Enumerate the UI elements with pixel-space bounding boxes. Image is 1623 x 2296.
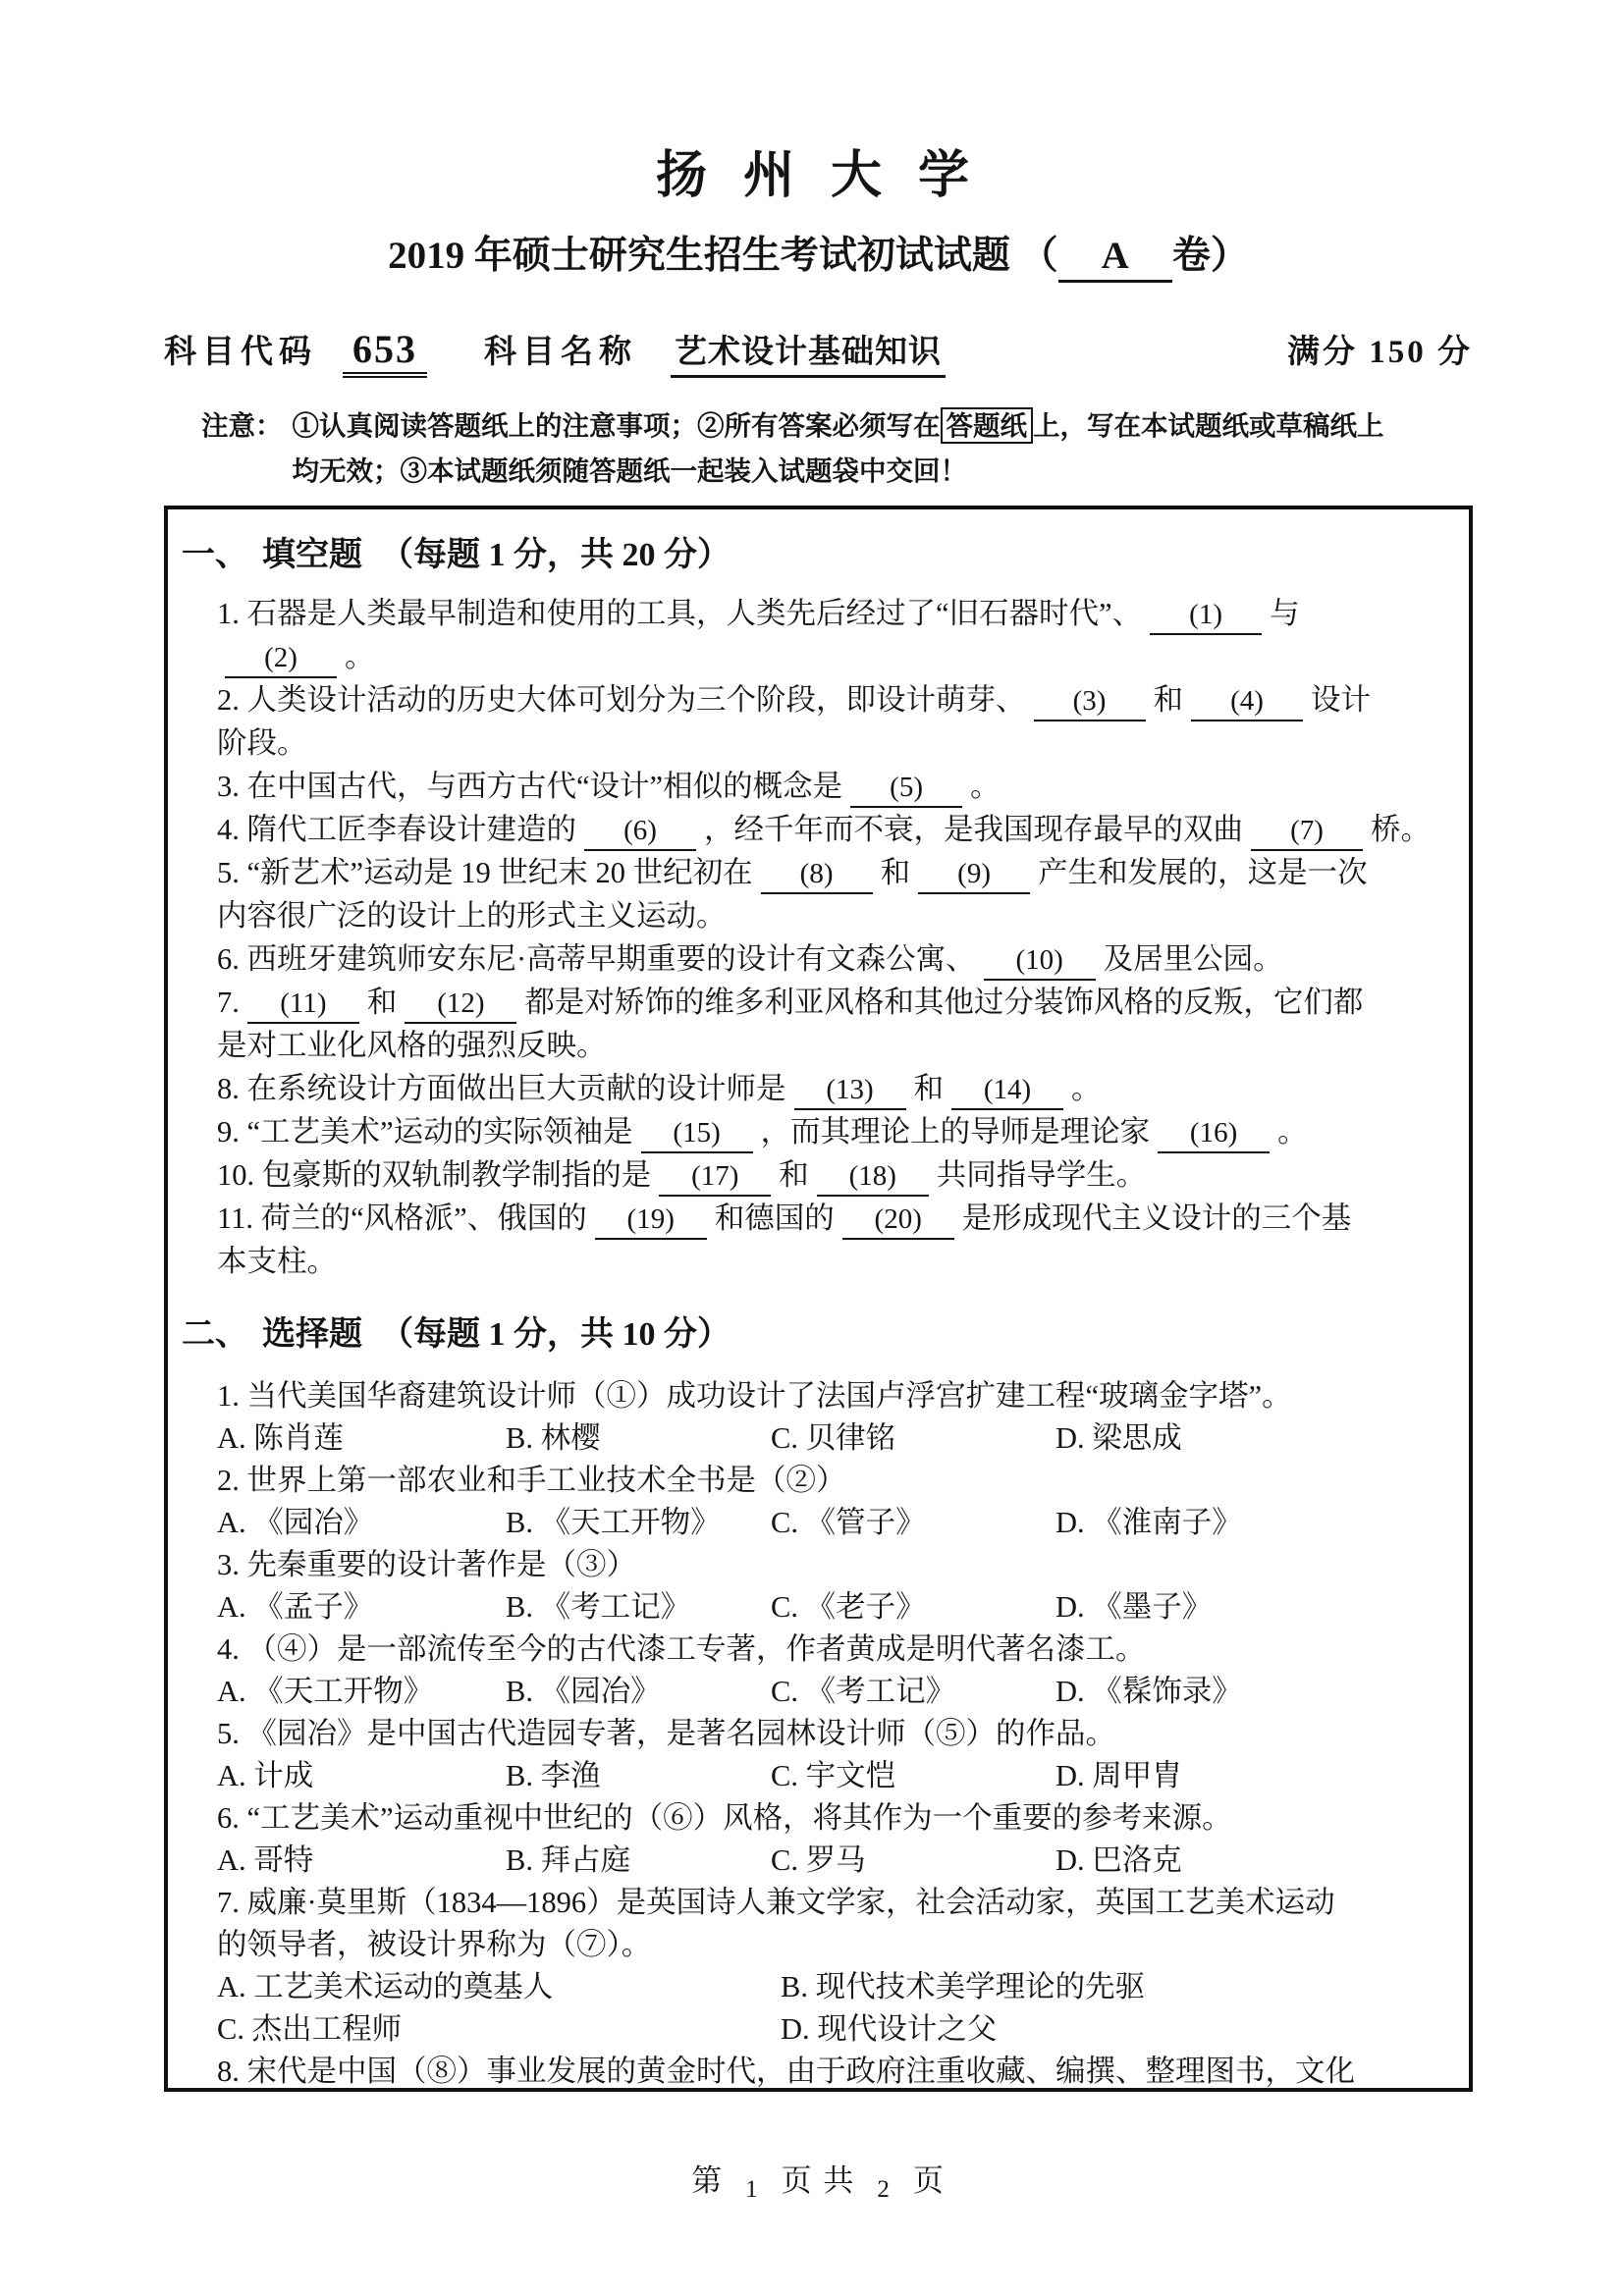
- page-sheet: 扬 州 大 学 2019 年硕士研究生招生考试初试试题 （A卷） 科目代码 65…: [164, 0, 1473, 2092]
- text-segment: 11. 荷兰的“风格派”、俄国的: [217, 1201, 587, 1235]
- fill-item-line: 2. 人类设计活动的历史大体可划分为三个阶段，即设计萌芽、(3)和(4)设计: [217, 678, 1455, 721]
- choice-option: A. 计成: [217, 1755, 506, 1797]
- choice-option: D. 《髹饰录》: [1055, 1671, 1242, 1713]
- blank-underline: (8): [761, 853, 873, 894]
- exam-subtitle: 2019 年硕士研究生招生考试初试试题 （A卷）: [164, 225, 1473, 283]
- choice-heading-note: （每题 1 分，共 10 分）: [380, 1316, 730, 1353]
- text-segment: 和德国的: [715, 1201, 835, 1235]
- blank-underline: (11): [247, 983, 359, 1024]
- blank-underline: (15): [641, 1112, 753, 1153]
- question-stem: 4. （④）是一部流传至今的古代漆工专著，作者黄成是明代著名漆工。: [217, 1629, 1455, 1671]
- text-segment: 内容很广泛的设计上的形式主义运动。: [217, 899, 727, 933]
- options-row: A. 《园冶》B. 《天工开物》C. 《管子》D. 《淮南子》: [217, 1502, 1455, 1544]
- fill-item-line: 6. 西班牙建筑师安东尼·高蒂早期重要的设计有文森公寓、(10)及居里公园。: [217, 937, 1455, 981]
- choice-option: B. 《考工记》: [506, 1586, 771, 1629]
- text-segment: 桥。: [1371, 813, 1431, 846]
- blank-underline: (19): [595, 1199, 707, 1240]
- subject-name-label: 科目名称: [484, 326, 637, 372]
- choice-option: A. 工艺美术运动的奠基人: [217, 1966, 781, 2008]
- choice-option: D. 《墨子》: [1055, 1586, 1212, 1629]
- fill-section-heading: 一、填空题（每题 1 分，共 20 分）: [182, 531, 1455, 580]
- text-segment: 5. “新艺术”运动是 19 世纪末 20 世纪初在: [217, 856, 753, 889]
- subject-code-label: 科目代码: [164, 326, 317, 372]
- choice-option: A. 哥特: [217, 1840, 506, 1882]
- text-segment: 和: [914, 1072, 945, 1105]
- full-score: 满分 150 分: [1287, 326, 1473, 372]
- blank-underline: (18): [817, 1155, 929, 1197]
- choice-option: D. 梁思成: [1055, 1417, 1182, 1460]
- options-row: A. 陈肖莲B. 林樱C. 贝律铭D. 梁思成: [217, 1417, 1455, 1460]
- choice-option: A. 《天工开物》: [217, 1671, 506, 1713]
- choice-option: A. 《园冶》: [217, 1502, 506, 1544]
- fill-item-line: 7.(11)和(12)都是对矫饰的维多利亚风格和其他过分装饰风格的反叛，它们都: [217, 981, 1455, 1024]
- blank-underline: (10): [984, 939, 1096, 981]
- blank-underline: (5): [850, 767, 962, 808]
- text-segment: 10. 包豪斯的双轨制教学制指的是: [217, 1158, 651, 1192]
- text-segment: 和: [779, 1158, 809, 1192]
- choice-option: D. 现代设计之父: [781, 2008, 997, 2051]
- fill-heading-note: （每题 1 分，共 20 分）: [380, 537, 730, 573]
- text-segment: 4. 隋代工匠李春设计建造的: [217, 813, 576, 846]
- choice-option: C. 宇文恺: [771, 1755, 1055, 1797]
- notice-line-1-post: 上，写在本试题纸或草稿纸上: [1033, 410, 1384, 441]
- choice-option: C. 罗马: [771, 1840, 1055, 1882]
- fill-item-line: 5. “新艺术”运动是 19 世纪末 20 世纪初在(8)和(9)产生和发展的，…: [217, 851, 1455, 894]
- paren-close: 卷）: [1172, 235, 1249, 277]
- options-row: A. 《孟子》B. 《考工记》C. 《老子》D. 《墨子》: [217, 1586, 1455, 1629]
- choice-option: A. 《孟子》: [217, 1586, 506, 1629]
- text-segment: 阶段。: [217, 726, 307, 760]
- notice-body: ①认真阅读答题纸上的注意事项；②所有答案必须写在答题纸上，写在本试题纸或草稿纸上…: [293, 403, 1384, 494]
- blank-underline: (13): [794, 1069, 906, 1110]
- question-stem: 8. 宋代是中国（⑧）事业发展的黄金时代，由于政府注重收藏、编撰、整理图书，文化: [217, 2051, 1455, 2093]
- blank-underline: (17): [659, 1155, 771, 1197]
- question-stem: 6. “工艺美术”运动重视中世纪的（⑥）风格，将其作为一个重要的参考来源。: [217, 1797, 1455, 1840]
- choice-option: D. 周甲胄: [1055, 1755, 1182, 1797]
- page-footer: 第1页 共2页: [164, 2156, 1473, 2200]
- blank-underline: (2): [225, 637, 337, 678]
- blank-underline: (3): [1034, 680, 1146, 721]
- text-segment: 7.: [217, 986, 240, 1019]
- text-segment: 及居里公园。: [1104, 942, 1283, 976]
- choice-option: B. 现代技术美学理论的先驱: [781, 1966, 1145, 2008]
- blank-underline: (6): [584, 810, 696, 851]
- text-segment: 是形成现代主义设计的三个基: [962, 1201, 1352, 1235]
- choice-questions: 1. 当代美国华裔建筑设计师（①）成功设计了法国卢浮宫扩建工程“玻璃金字塔”。A…: [180, 1375, 1455, 2093]
- text-segment: 。: [970, 770, 1001, 803]
- blank-underline: (7): [1251, 810, 1363, 851]
- notice-line-1-pre: ①认真阅读答题纸上的注意事项；②所有答案必须写在: [293, 410, 941, 441]
- fill-item-line: 9. “工艺美术”运动的实际领袖是(15)，而其理论上的导师是理论家(16)。: [217, 1110, 1455, 1153]
- choice-option: B. 《园冶》: [506, 1671, 771, 1713]
- footer-prefix: 第: [691, 2163, 724, 2198]
- choice-option: C. 《管子》: [771, 1502, 1055, 1544]
- question-stem: 2. 世界上第一部农业和手工业技术全书是（②）: [217, 1460, 1455, 1502]
- fill-items: 1. 石器是人类最早制造和使用的工具，人类先后经过了“旧石器时代”、(1)与(2…: [180, 592, 1455, 1283]
- question-box: 一、填空题（每题 1 分，共 20 分） 1. 石器是人类最早制造和使用的工具，…: [164, 506, 1473, 2092]
- options-row: C. 杰出工程师D. 现代设计之父: [217, 2008, 1455, 2051]
- text-segment: 9. “工艺美术”运动的实际领袖是: [217, 1115, 633, 1148]
- fill-item-line: 阶段。: [217, 721, 1455, 765]
- fill-item-line: 内容很广泛的设计上的形式主义运动。: [217, 894, 1455, 937]
- choice-option: B. 李渔: [506, 1755, 771, 1797]
- notice: 注意： ①认真阅读答题纸上的注意事项；②所有答案必须写在答题纸上，写在本试题纸或…: [201, 403, 1473, 494]
- exam-subtitle-text: 2019 年硕士研究生招生考试初试试题: [388, 235, 1010, 277]
- notice-line-1: ①认真阅读答题纸上的注意事项；②所有答案必须写在答题纸上，写在本试题纸或草稿纸上: [293, 403, 1384, 449]
- fill-item-line: 1. 石器是人类最早制造和使用的工具，人类先后经过了“旧石器时代”、(1)与: [217, 592, 1455, 635]
- options-row: A. 《天工开物》B. 《园冶》C. 《考工记》D. 《髹饰录》: [217, 1671, 1455, 1713]
- choice-option: B. 《天工开物》: [506, 1502, 771, 1544]
- university-title: 扬 州 大 学: [164, 133, 1473, 207]
- text-segment: 共同指导学生。: [937, 1158, 1147, 1192]
- choice-section-heading: 二、选择题（每题 1 分，共 10 分）: [182, 1310, 1455, 1360]
- blank-underline: (20): [842, 1199, 954, 1240]
- choice-option: C. 贝律铭: [771, 1417, 1055, 1460]
- fill-item-line: (2)。: [217, 635, 1455, 678]
- text-segment: 产生和发展的，这是一次: [1038, 856, 1368, 889]
- text-segment: 本支柱。: [217, 1245, 337, 1278]
- choice-option: C. 杰出工程师: [217, 2008, 781, 2051]
- footer-page-num: 1: [745, 2176, 760, 2203]
- choice-option: D. 《淮南子》: [1055, 1502, 1242, 1544]
- choice-option: B. 林樱: [506, 1417, 771, 1460]
- notice-label: 注意：: [201, 403, 283, 494]
- fill-item-line: 本支柱。: [217, 1240, 1455, 1283]
- choice-heading-title: 选择题: [262, 1316, 362, 1353]
- fill-item-line: 8. 在系统设计方面做出巨大贡献的设计师是(13)和(14)。: [217, 1067, 1455, 1110]
- text-segment: ，而其理论上的导师是理论家: [761, 1115, 1151, 1148]
- question-stem: 的领导者，被设计界称为（⑦）。: [217, 1924, 1455, 1966]
- choice-option: C. 《考工记》: [771, 1671, 1055, 1713]
- fill-item-line: 是对工业化风格的强烈反映。: [217, 1024, 1455, 1067]
- fill-heading-num: 一、: [182, 537, 248, 573]
- choice-option: A. 陈肖莲: [217, 1417, 506, 1460]
- blank-underline: (14): [951, 1069, 1063, 1110]
- text-segment: 与: [1270, 597, 1300, 630]
- text-segment: 1. 石器是人类最早制造和使用的工具，人类先后经过了“旧石器时代”、: [217, 597, 1142, 630]
- text-segment: 和: [881, 856, 911, 889]
- fill-item-line: 10. 包豪斯的双轨制教学制指的是(17)和(18)共同指导学生。: [217, 1153, 1455, 1197]
- choice-option: B. 拜占庭: [506, 1840, 771, 1882]
- blank-underline: (1): [1150, 594, 1262, 635]
- subject-code-value: 653: [343, 326, 427, 378]
- fill-item-line: 3. 在中国古代，与西方古代“设计”相似的概念是(5)。: [217, 765, 1455, 808]
- text-segment: 。: [1277, 1115, 1308, 1148]
- subject-name-value: 艺术设计基础知识: [671, 326, 946, 378]
- text-segment: 3. 在中国古代，与西方古代“设计”相似的概念是: [217, 770, 842, 803]
- question-stem: 3. 先秦重要的设计著作是（③）: [217, 1544, 1455, 1586]
- blank-underline: (16): [1158, 1112, 1270, 1153]
- question-stem: 7. 威廉·莫里斯（1834—1896）是英国诗人兼文学家，社会活动家，英国工艺…: [217, 1882, 1455, 1924]
- question-stem: 1. 当代美国华裔建筑设计师（①）成功设计了法国卢浮宫扩建工程“玻璃金字塔”。: [217, 1375, 1455, 1417]
- text-segment: 和: [367, 986, 398, 1019]
- fill-item-line: 4. 隋代工匠李春设计建造的(6)，经千年而不衰，是我国现存最早的双曲(7)桥。: [217, 808, 1455, 851]
- question-stem: 5. 《园冶》是中国古代造园专著，是著名园林设计师（⑤）的作品。: [217, 1713, 1455, 1755]
- text-segment: 和: [1154, 683, 1184, 717]
- text-segment: 。: [1071, 1072, 1102, 1105]
- options-row: A. 工艺美术运动的奠基人B. 现代技术美学理论的先驱: [217, 1966, 1455, 2008]
- notice-line-2: 均无效；③本试题纸须随答题纸一起装入试题袋中交回！: [293, 449, 1384, 494]
- text-segment: 8. 在系统设计方面做出巨大贡献的设计师是: [217, 1072, 786, 1105]
- text-segment: 都是对矫饰的维多利亚风格和其他过分装饰风格的反叛，它们都: [524, 986, 1363, 1019]
- notice-boxed-term: 答题纸: [941, 407, 1034, 444]
- text-segment: ，经千年而不衰，是我国现存最早的双曲: [704, 813, 1243, 846]
- fill-item-line: 11. 荷兰的“风格派”、俄国的(19)和德国的(20)是形成现代主义设计的三个…: [217, 1197, 1455, 1240]
- text-segment: 设计: [1311, 683, 1371, 717]
- footer-suffix: 页: [913, 2163, 946, 2198]
- meta-row: 科目代码 653 科目名称 艺术设计基础知识 满分 150 分: [164, 326, 1473, 378]
- footer-middle: 页 共: [782, 2163, 856, 2198]
- blank-underline: (9): [918, 853, 1030, 894]
- blank-underline: (4): [1191, 680, 1303, 721]
- choice-option: D. 巴洛克: [1055, 1840, 1182, 1882]
- choice-option: C. 《老子》: [771, 1586, 1055, 1629]
- footer-total-num: 2: [877, 2176, 892, 2203]
- blank-underline: (12): [405, 983, 516, 1024]
- choice-heading-num: 二、: [182, 1316, 248, 1353]
- fill-heading-title: 填空题: [262, 537, 362, 573]
- text-segment: 是对工业化风格的强烈反映。: [217, 1029, 607, 1062]
- text-segment: 6. 西班牙建筑师安东尼·高蒂早期重要的设计有文森公寓、: [217, 942, 976, 976]
- options-row: A. 哥特B. 拜占庭C. 罗马D. 巴洛克: [217, 1840, 1455, 1882]
- paper-letter-underline: A: [1058, 236, 1172, 283]
- paren-open: （: [1020, 235, 1058, 277]
- text-segment: 。: [345, 640, 375, 673]
- text-segment: 2. 人类设计活动的历史大体可划分为三个阶段，即设计萌芽、: [217, 683, 1026, 717]
- options-row: A. 计成B. 李渔C. 宇文恺D. 周甲胄: [217, 1755, 1455, 1797]
